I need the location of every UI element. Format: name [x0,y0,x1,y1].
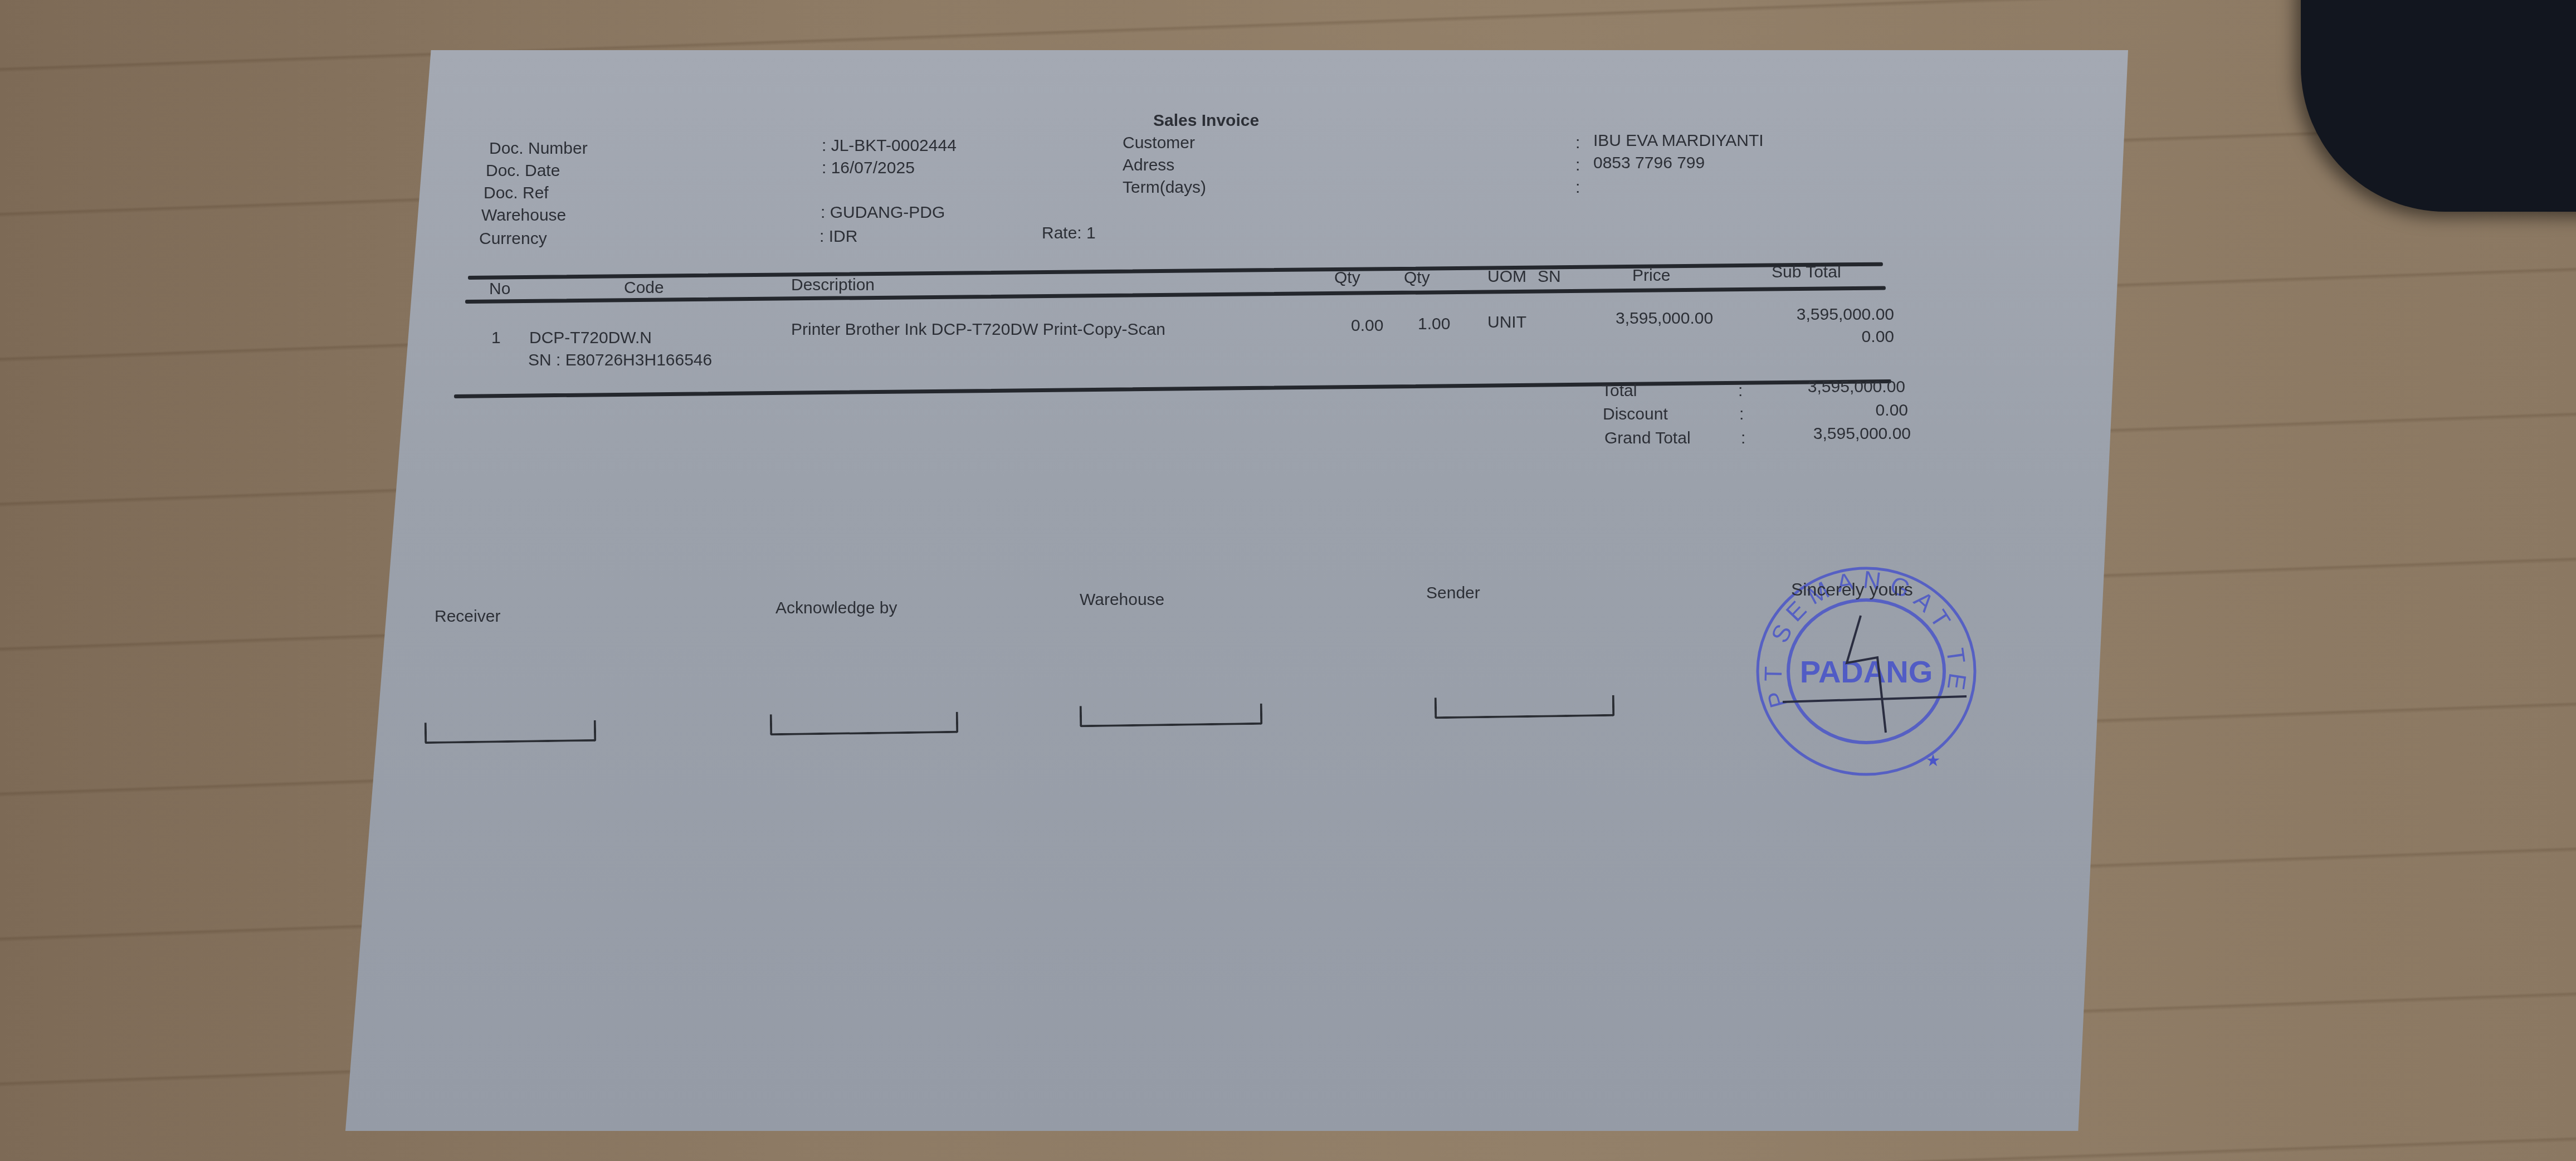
dark-object-corner [2301,0,2576,212]
sincerely-yours-label: Sincerely yours [1791,579,1913,600]
grand-total-value: 3,595,000.00 [1755,425,1911,443]
sender-label: Sender [1426,584,1480,603]
col-sn: SN [1538,267,1561,286]
warehouse-value: : GUDANG-PDG [821,203,945,222]
grand-total-sep: : [1741,429,1745,448]
discount-sep: : [1739,405,1744,424]
svg-text:★: ★ [1926,752,1941,770]
row-code: DCP-T720DW.N [529,329,652,348]
row-qty-2: 1.00 [1418,315,1450,334]
row-serial: SN : E80726H3H166546 [528,351,712,370]
col-qty-1: Qty [1334,269,1360,287]
warehouse-sign-label: Warehouse [1080,591,1164,609]
row-uom: UNIT [1487,313,1526,332]
total-sep: : [1738,382,1743,401]
doc-number-label: Doc. Number [489,139,588,158]
warehouse-signature-line [1080,704,1262,728]
address-sep: : [1575,156,1580,175]
row-subtotal-discount: 0.00 [1749,328,1894,347]
invoice-title: Sales Invoice [1153,111,1259,130]
acknowledge-signature-line [770,712,958,736]
row-subtotal: 3,595,000.00 [1749,305,1894,324]
currency-value: : IDR [819,227,857,246]
table-bottom-rule [454,379,1891,398]
term-sep: : [1575,178,1580,197]
term-label: Term(days) [1123,178,1206,197]
row-description: Printer Brother Ink DCP-T720DW Print-Cop… [791,320,1165,339]
doc-date-value: : 16/07/2025 [822,159,915,178]
rate-value: Rate: 1 [1042,224,1096,243]
customer-sep: : [1575,134,1580,153]
table-top-rule [468,262,1883,280]
grand-total-label: Grand Total [1604,429,1691,448]
col-no: No [489,280,510,299]
doc-ref-label: Doc. Ref [484,184,549,203]
doc-date-label: Doc. Date [486,162,560,181]
table-header-rule [465,286,1886,304]
company-stamp: PT SEMANGAT TERKAT JAYA PADANG ★ Sincere… [1749,560,1983,783]
address-value: 0853 7796 799 [1593,154,1705,173]
col-price: Price [1632,266,1670,285]
col-subtotal: Sub Total [1772,263,1841,282]
total-label: Total [1602,382,1637,401]
receiver-label: Receiver [435,607,500,626]
col-code: Code [624,279,664,297]
acknowledge-label: Acknowledge by [775,599,897,618]
address-label: Adress [1123,156,1174,175]
row-no: 1 [491,329,501,348]
receiver-signature-line [425,720,597,744]
customer-value: IBU EVA MARDIYANTI [1593,131,1764,150]
col-qty-2: Qty [1404,269,1430,287]
row-price: 3,595,000.00 [1616,309,1713,328]
sender-signature-line [1435,695,1614,719]
row-qty-1: 0.00 [1351,316,1383,335]
col-description: Description [791,276,875,295]
doc-number-value: : JL-BKT-0002444 [822,136,957,155]
discount-value: 0.00 [1755,401,1908,420]
col-uom: UOM [1487,267,1526,286]
warehouse-label: Warehouse [481,206,566,225]
total-value: 3,595,000.00 [1755,378,1905,397]
discount-label: Discount [1603,405,1668,424]
currency-label: Currency [479,230,547,248]
customer-label: Customer [1123,134,1195,153]
